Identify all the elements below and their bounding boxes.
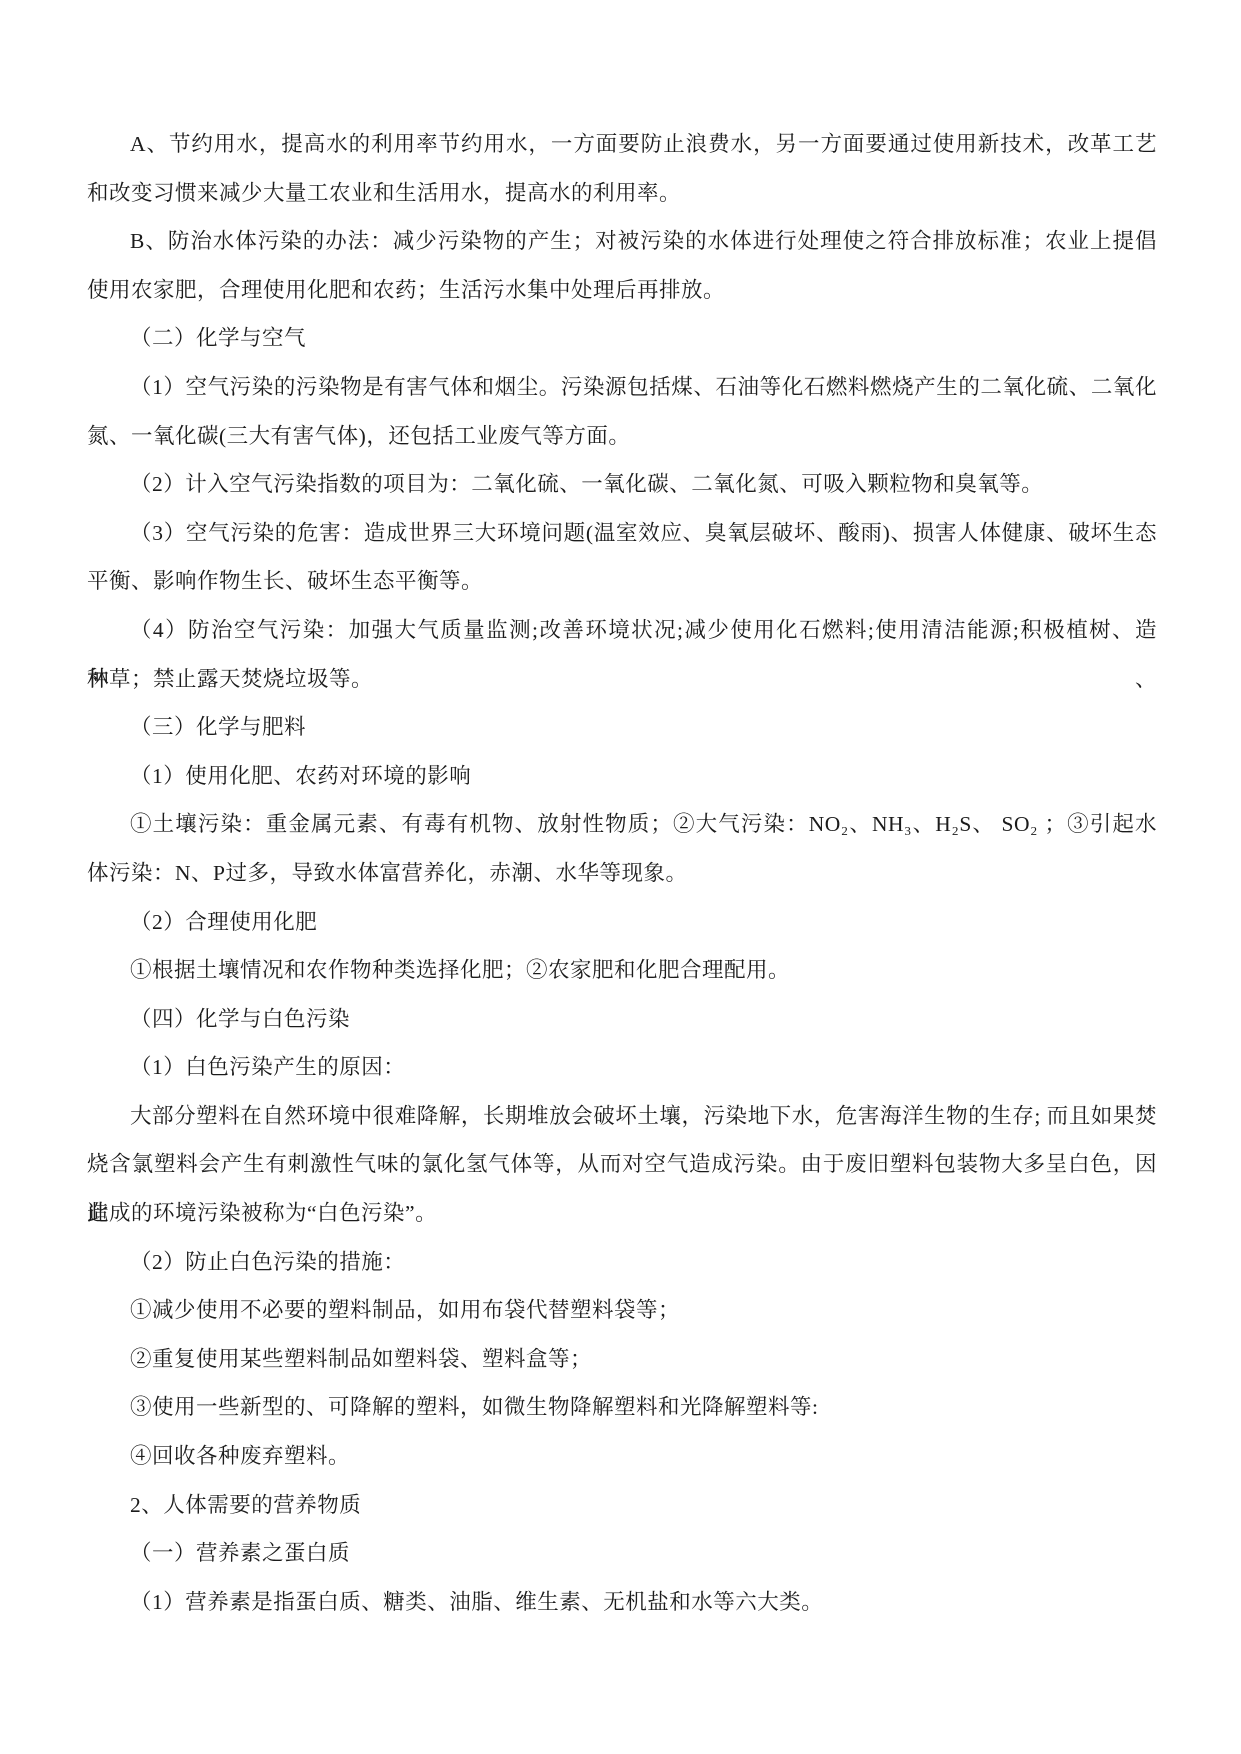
- text-line: （1）白色污染产生的原因：: [87, 1043, 1157, 1092]
- text-line: 大部分塑料在自然环境中很难降解，长期堆放会破坏土壤，污染地下水，危害海洋生物的生…: [87, 1092, 1157, 1141]
- text-line: B、防治水体污染的办法：减少污染物的产生；对被污染的水体进行处理使之符合排放标准…: [87, 217, 1157, 266]
- text-line: （一）营养素之蛋白质: [87, 1529, 1157, 1578]
- text-line: （3）空气污染的危害：造成世界三大环境问题(温室效应、臭氧层破坏、酸雨)、损害人…: [87, 509, 1157, 558]
- text-line: ①减少使用不必要的塑料制品，如用布袋代替塑料袋等；: [87, 1286, 1157, 1335]
- text-line: A、节约用水，提高水的利用率节约用水，一方面要防止浪费水，另一方面要通过使用新技…: [87, 120, 1157, 169]
- text-line: （2）防止白色污染的措施：: [87, 1238, 1157, 1287]
- text-line: ①土壤污染：重金属元素、有毒有机物、放射性物质；②大气污染：NO₂、NH₃、H₂…: [87, 800, 1157, 849]
- text-line: （4）防治空气污染：加强大气质量监测;改善环境状况;减少使用化石燃料;使用清洁能…: [87, 606, 1157, 655]
- text-line: （2）合理使用化肥: [87, 898, 1157, 947]
- text-line: （1）使用化肥、农药对环境的影响: [87, 752, 1157, 801]
- text-line: ②重复使用某些塑料制品如塑料袋、塑料盒等；: [87, 1335, 1157, 1384]
- text-line: ③使用一些新型的、可降解的塑料，如微生物降解塑料和光降解塑料等:: [87, 1383, 1157, 1432]
- text-line: 平衡、影响作物生长、破坏生态平衡等。: [87, 557, 1157, 606]
- text-line: （四）化学与白色污染: [87, 995, 1157, 1044]
- text-line: （二）化学与空气: [87, 314, 1157, 363]
- text-line: ①根据土壤情况和农作物种类选择化肥；②农家肥和化肥合理配用。: [87, 946, 1157, 995]
- text-line: （1）营养素是指蛋白质、糖类、油脂、维生素、无机盐和水等六大类。: [87, 1578, 1157, 1627]
- text-line: 造成的环境污染被称为“白色污染”。: [87, 1189, 1157, 1238]
- text-line: 烧含氯塑料会产生有刺激性气味的氯化氢气体等，从而对空气造成污染。由于废旧塑料包装…: [87, 1140, 1157, 1189]
- text-line: （2）计入空气污染指数的项目为：二氧化硫、一氧化碳、二氧化氮、可吸入颗粒物和臭氧…: [87, 460, 1157, 509]
- text-line: （1）空气污染的污染物是有害气体和烟尘。污染源包括煤、石油等化石燃料燃烧产生的二…: [87, 363, 1157, 412]
- text-line: 体污染：N、P过多，导致水体富营养化，赤潮、水华等现象。: [87, 849, 1157, 898]
- document-content: A、节约用水，提高水的利用率节约用水，一方面要防止浪费水，另一方面要通过使用新技…: [87, 120, 1157, 1626]
- text-line: 使用农家肥，合理使用化肥和农药；生活污水集中处理后再排放。: [87, 266, 1157, 315]
- text-line: 2、人体需要的营养物质: [87, 1481, 1157, 1530]
- text-line: 氮、一氧化碳(三大有害气体)，还包括工业废气等方面。: [87, 412, 1157, 461]
- text-line: 和改变习惯来减少大量工农业和生活用水，提高水的利用率。: [87, 169, 1157, 218]
- document-page: A、节约用水，提高水的利用率节约用水，一方面要防止浪费水，另一方面要通过使用新技…: [0, 0, 1241, 1754]
- text-line: （三）化学与肥料: [87, 703, 1157, 752]
- text-line: ④回收各种废弃塑料。: [87, 1432, 1157, 1481]
